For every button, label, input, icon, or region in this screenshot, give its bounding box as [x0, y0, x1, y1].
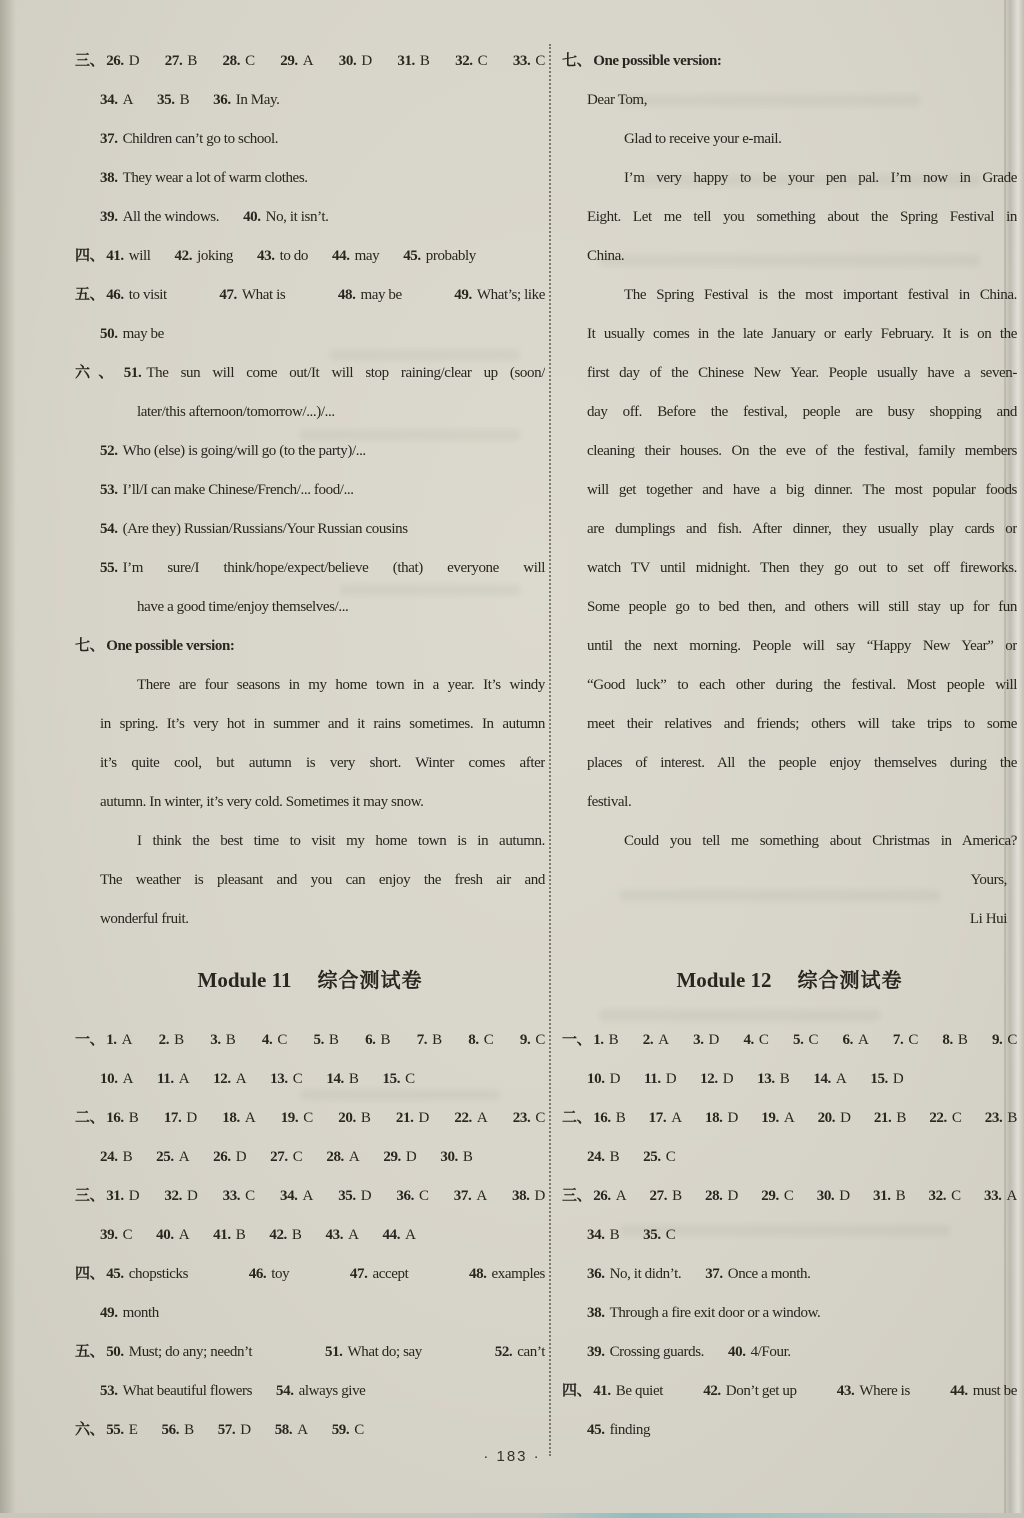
item-number: 38. [587, 1305, 605, 1321]
answer-item: 49.month [100, 1305, 159, 1321]
body-text: in spring. It’s very hot in summer and i… [100, 716, 545, 732]
item-answer: A [476, 1188, 486, 1204]
marker-item-group: 二、16.B [75, 1099, 138, 1138]
item-number: 3. [210, 1032, 220, 1048]
answer-item: 34.A [100, 92, 133, 108]
item-number: 7. [893, 1032, 903, 1048]
answer-item: 19.A [761, 1099, 794, 1138]
page-left-edge-shadow [0, 0, 16, 1518]
answer-item: 29.A [280, 42, 313, 81]
answer-line: 53.I’ll/I can make Chinese/French/... fo… [75, 471, 545, 510]
item-number: 15. [383, 1071, 401, 1087]
body-text: Could you tell me something about Christ… [624, 833, 1017, 849]
answer-line: 39.All the windows.40.No, it isn’t. [75, 198, 545, 237]
answer-item: 43.A [326, 1227, 359, 1243]
item-number: 37. [705, 1266, 723, 1282]
answer-item: 42.joking [175, 248, 234, 264]
item-number: 4. [743, 1032, 753, 1048]
item-number: 41. [213, 1227, 231, 1243]
answer-item: 55.E [106, 1422, 137, 1438]
answer-item: 24.B [587, 1149, 619, 1165]
body-text: wonderful fruit. [100, 911, 189, 927]
answer-item: 26.D [213, 1149, 246, 1165]
item-number: 38. [100, 170, 118, 186]
text-line: day off. Before the festival, people are… [562, 393, 1017, 432]
answer-item: 28.C [223, 42, 255, 81]
item-number: 59. [332, 1422, 350, 1438]
item-answer: B [896, 1110, 906, 1126]
text-line: meet their relatives and friends; others… [562, 705, 1017, 744]
item-answer: C [951, 1188, 961, 1204]
body-text: meet their relatives and friends; others… [587, 716, 1017, 732]
answer-item: 52.Who (else) is going/will go (to the p… [100, 443, 366, 459]
item-answer: Must; do any; needn’t [129, 1344, 252, 1360]
item-number: 55. [106, 1422, 124, 1438]
item-answer: D [187, 1188, 197, 1204]
answer-line: 二、16.B17.A18.D19.A20.D21.B22.C23.B [562, 1099, 1017, 1138]
answer-item: 51.What do; say [325, 1333, 422, 1372]
item-number: 31. [106, 1188, 124, 1204]
item-number: 32. [164, 1188, 182, 1204]
body-text: China. [587, 248, 624, 264]
item-number: 41. [106, 248, 124, 264]
answer-line: 四、45.chopsticks46.toy47.accept48.example… [75, 1255, 545, 1294]
answer-item: 27.C [270, 1149, 302, 1165]
body-text: first day of the Chinese New Year. Peopl… [587, 365, 1017, 381]
text-line: first day of the Chinese New Year. Peopl… [562, 354, 1017, 393]
item-number: 4. [262, 1032, 272, 1048]
item-answer: B [610, 1227, 620, 1243]
answer-line: 39.C40.A41.B42.B43.A44.A [75, 1216, 545, 1255]
item-number: 19. [761, 1110, 779, 1126]
column-divider-dotted-rule [549, 44, 551, 1456]
answer-item: 21.B [874, 1099, 906, 1138]
answer-item: 50.may be [100, 326, 164, 342]
item-number: 1. [593, 1032, 603, 1048]
section-title: One possible version: [593, 53, 721, 69]
item-answer: Through a fire exit door or a window. [610, 1305, 821, 1321]
answer-line: 一、1.B2.A3.D4.C5.C6.A7.C8.B9.C [562, 1021, 1017, 1060]
item-number: 33. [223, 1188, 241, 1204]
item-number: 58. [275, 1422, 293, 1438]
item-number: 22. [454, 1110, 472, 1126]
answer-item: 47.What is [219, 276, 285, 315]
text-line: The weather is pleasant and you can enjo… [75, 861, 545, 900]
item-answer: always give [299, 1383, 366, 1399]
answer-line: 39.Crossing guards.40.4/Four. [562, 1333, 1017, 1372]
text-line: festival. [562, 783, 1017, 822]
item-number: 12. [700, 1071, 718, 1087]
answer-item: 43.Where is [837, 1372, 910, 1411]
section-marker: 六、 [75, 365, 122, 381]
module-heading-subtitle: 综合测试卷 [317, 970, 422, 992]
item-number: 24. [100, 1149, 118, 1165]
answer-item: 13.C [270, 1071, 302, 1087]
item-answer: B [610, 1149, 620, 1165]
item-answer: must be [973, 1383, 1017, 1399]
body-text: have a good time/enjoy themselves/... [137, 599, 348, 615]
item-answer: B [129, 1110, 139, 1126]
item-number: 54. [100, 521, 118, 537]
item-answer: month [123, 1305, 159, 1321]
answer-item: 30.D [817, 1177, 850, 1216]
item-number: 34. [587, 1227, 605, 1243]
item-number: 17. [164, 1110, 182, 1126]
answer-item: 31.D [106, 1177, 139, 1216]
item-answer: Don’t get up [726, 1383, 797, 1399]
item-answer: Be quiet [616, 1383, 663, 1399]
item-answer: B [184, 1422, 194, 1438]
answer-item: 26.A [593, 1177, 626, 1216]
item-answer: C [784, 1188, 794, 1204]
answer-line: 49.month [75, 1294, 545, 1333]
item-answer: A [122, 1032, 132, 1048]
answer-item: 38.D [512, 1177, 545, 1216]
answer-item: 55.I’m sure/I think/hope/expect/believe … [100, 560, 545, 576]
item-answer: D [236, 1149, 246, 1165]
answer-item: 49.What’s; like [454, 276, 545, 315]
answer-line: 六、55.E56.B57.D58.A59.C [75, 1411, 545, 1450]
item-number: 42. [703, 1383, 721, 1399]
item-number: 12. [213, 1071, 231, 1087]
answer-item: 53.What beautiful flowers [100, 1383, 252, 1399]
item-answer: probably [426, 248, 476, 264]
item-number: 44. [332, 248, 350, 264]
section-marker: 一、 [562, 1021, 591, 1060]
section-marker: 三、 [75, 1177, 104, 1216]
item-answer: D [535, 1188, 545, 1204]
answer-item: 18.D [705, 1099, 738, 1138]
text-line: Li Hui [562, 900, 1017, 939]
item-answer: C [419, 1188, 429, 1204]
answer-item: 53.I’ll/I can make Chinese/French/... fo… [100, 482, 354, 498]
answer-item: 14.A [813, 1071, 846, 1087]
answer-item: 39.C [100, 1227, 132, 1243]
answer-line: 54.(Are they) Russian/Russians/Your Russ… [75, 510, 545, 549]
answer-item: 36.In May. [213, 92, 279, 108]
item-answer: C [908, 1032, 918, 1048]
item-answer: D [186, 1110, 196, 1126]
item-number: 39. [100, 209, 118, 225]
answer-item: 46.toy [249, 1255, 290, 1294]
answer-item: 7.C [893, 1021, 918, 1060]
item-answer: A [303, 1188, 313, 1204]
answer-item: 46.to visit [106, 276, 167, 315]
body-text: watch TV until midnight. Then they go ou… [587, 560, 1017, 576]
answer-item: 51.The sun will come out/It will stop ra… [124, 365, 545, 381]
item-number: 8. [468, 1032, 478, 1048]
answer-item: 47.accept [350, 1255, 408, 1294]
section-marker: 四、 [562, 1372, 591, 1411]
item-number: 32. [929, 1188, 947, 1204]
text-line: I think the best time to visit my home t… [75, 822, 545, 861]
text-line: wonderful fruit. [75, 900, 545, 939]
item-number: 20. [818, 1110, 836, 1126]
answer-item: 25.C [643, 1149, 675, 1165]
answer-item: 24.B [100, 1149, 132, 1165]
item-number: 11. [157, 1071, 174, 1087]
text-line: places of interest. All the people enjoy… [562, 744, 1017, 783]
item-answer: B [292, 1227, 302, 1243]
section-marker: 三、 [562, 1177, 591, 1216]
item-number: 20. [338, 1110, 356, 1126]
section-marker: 一、 [75, 1021, 104, 1060]
section-marker: 四、 [75, 248, 104, 264]
marker-item-group: 二、16.B [562, 1099, 625, 1138]
item-answer: A [858, 1032, 868, 1048]
item-answer: B [187, 53, 197, 69]
answer-item: 28.D [705, 1177, 738, 1216]
item-number: 14. [813, 1071, 831, 1087]
item-number: 53. [100, 482, 118, 498]
marker-item-group: 四、45.chopsticks [75, 1255, 188, 1294]
answer-item: 23.C [513, 1099, 545, 1138]
section-marker: 二、 [562, 1099, 591, 1138]
item-answer: E [129, 1422, 138, 1438]
answer-line: 34.A35.B36.In May. [75, 81, 545, 120]
item-answer: B [226, 1032, 236, 1048]
body-text: Dear Tom, [587, 92, 647, 108]
item-answer: I’ll/I can make Chinese/French/... food/… [123, 482, 354, 498]
answer-item: 52.can’t [495, 1333, 545, 1372]
item-number: 21. [874, 1110, 892, 1126]
item-answer: B [349, 1071, 359, 1087]
item-number: 38. [512, 1188, 530, 1204]
item-number: 3. [693, 1032, 703, 1048]
text-line: in spring. It’s very hot in summer and i… [75, 705, 545, 744]
item-number: 42. [175, 248, 193, 264]
text-line: Dear Tom, [562, 81, 1017, 120]
item-number: 18. [705, 1110, 723, 1126]
item-answer: A [671, 1110, 681, 1126]
item-answer: C [245, 53, 255, 69]
body-text: festival. [587, 794, 631, 810]
answer-item: 35.C [643, 1227, 675, 1243]
answer-line: 四、41.Be quiet42.Don’t get up43.Where is4… [562, 1372, 1017, 1411]
answer-item: 6.B [365, 1021, 390, 1060]
item-answer: They wear a lot of warm clothes. [123, 170, 308, 186]
scan-bottom-edge [0, 1513, 1024, 1518]
item-answer: D [406, 1149, 416, 1165]
answer-item: 16.B [106, 1099, 138, 1138]
answer-item: 8.B [942, 1021, 967, 1060]
answer-item: 36.No, it didn’t. [587, 1266, 681, 1282]
answer-line: 三、31.D32.D33.C34.A35.D36.C37.A38.D [75, 1177, 545, 1216]
item-number: 37. [454, 1188, 472, 1204]
item-answer: D [361, 1188, 371, 1204]
item-answer: B [958, 1032, 968, 1048]
body-text: There are four seasons in my home town i… [137, 677, 545, 693]
item-answer: D [666, 1071, 676, 1087]
answer-item: 33.A [984, 1177, 1017, 1216]
item-number: 52. [100, 443, 118, 459]
answer-item: 2.A [643, 1021, 669, 1060]
answer-line: 三、26.D27.B28.C29.A30.D31.B32.C33.C [75, 42, 545, 81]
item-number: 40. [156, 1227, 174, 1243]
answer-item: 56.B [162, 1422, 194, 1438]
item-number: 27. [270, 1149, 288, 1165]
answer-item: 44.may [332, 248, 379, 264]
item-answer: B [672, 1188, 682, 1204]
item-number: 57. [218, 1422, 236, 1438]
answer-item: 42.B [269, 1227, 301, 1243]
item-number: 33. [984, 1188, 1002, 1204]
section-marker: 七、 [562, 53, 591, 69]
answer-item: 20.B [338, 1099, 370, 1138]
item-answer: to visit [129, 287, 167, 303]
item-number: 44. [383, 1227, 401, 1243]
answer-item: 44.A [383, 1227, 416, 1243]
item-answer: C [123, 1227, 133, 1243]
body-text: “Good luck” to each other during the fes… [587, 677, 1017, 693]
answer-line: 24.B25.A26.D27.C28.A29.D30.B [75, 1138, 545, 1177]
item-answer: C [405, 1071, 415, 1087]
body-text: cleaning their houses. On the eve of the… [587, 443, 1017, 459]
answer-line: 38.Through a fire exit door or a window. [562, 1294, 1017, 1333]
answer-line: 24.B25.C [562, 1138, 1017, 1177]
section-title: One possible version: [106, 638, 234, 654]
item-answer: I’m sure/I think/hope/expect/believe (th… [123, 560, 545, 576]
item-answer: B [381, 1032, 391, 1048]
section-marker: 五、 [75, 276, 104, 315]
answer-item: 22.A [454, 1099, 487, 1138]
answer-item: 48.may be [338, 276, 402, 315]
item-number: 47. [219, 287, 237, 303]
answer-item: 17.D [164, 1099, 197, 1138]
item-number: 42. [269, 1227, 287, 1243]
answer-item: 12.D [700, 1071, 733, 1087]
body-text: places of interest. All the people enjoy… [587, 755, 1017, 771]
item-answer: D [709, 1032, 719, 1048]
answer-line: 六、51.The sun will come out/It will stop … [75, 354, 545, 393]
item-number: 45. [587, 1422, 605, 1438]
text-line: There are four seasons in my home town i… [75, 666, 545, 705]
item-number: 46. [106, 287, 124, 303]
answer-item: 45.probably [403, 248, 476, 264]
item-number: 32. [455, 53, 473, 69]
answer-item: 34.B [587, 1227, 619, 1243]
marker-item-group: 三、31.D [75, 1177, 139, 1216]
item-number: 28. [705, 1188, 723, 1204]
item-number: 53. [100, 1383, 118, 1399]
answer-item: 38.They wear a lot of warm clothes. [100, 170, 308, 186]
item-answer: B [463, 1149, 473, 1165]
item-answer: D [839, 1188, 849, 1204]
body-text: autumn. In winter, it’s very cold. Somet… [100, 794, 424, 810]
text-line: watch TV until midnight. Then they go ou… [562, 549, 1017, 588]
item-number: 51. [124, 365, 142, 381]
body-text: I think the best time to visit my home t… [137, 833, 545, 849]
answer-item: 33.C [513, 42, 545, 81]
item-number: 33. [513, 53, 531, 69]
answer-item: 1.A [106, 1021, 132, 1060]
marker-item-group: 三、26.A [562, 1177, 626, 1216]
item-number: 29. [383, 1149, 401, 1165]
item-number: 48. [338, 287, 356, 303]
item-answer: C [293, 1149, 303, 1165]
item-number: 49. [100, 1305, 118, 1321]
module-heading-subtitle: 综合测试卷 [798, 970, 903, 992]
item-number: 46. [249, 1266, 267, 1282]
marker-item-group: 五、50.Must; do any; needn’t [75, 1333, 252, 1372]
item-answer: examples [492, 1266, 545, 1282]
answer-item: 26.D [106, 42, 139, 81]
answer-item: 35.B [157, 92, 189, 108]
item-number: 28. [223, 53, 241, 69]
text-line: Some people go to bed then, and others w… [562, 588, 1017, 627]
answer-item: 23.B [985, 1099, 1017, 1138]
answer-line: 34.B35.C [562, 1216, 1017, 1255]
text-line: it’s quite cool, but autumn is very shor… [75, 744, 545, 783]
item-number: 10. [100, 1071, 118, 1087]
body-text: The weather is pleasant and you can enjo… [100, 872, 545, 888]
item-number: 26. [593, 1188, 611, 1204]
item-number: 52. [495, 1344, 513, 1360]
item-number: 35. [157, 92, 175, 108]
answer-item: 43.to do [257, 248, 308, 264]
item-answer: C [484, 1032, 494, 1048]
item-number: 25. [156, 1149, 174, 1165]
item-answer: D [129, 1188, 139, 1204]
item-answer: A [245, 1110, 255, 1126]
answer-item: 54.always give [276, 1383, 365, 1399]
item-answer: B [180, 92, 190, 108]
item-number: 16. [593, 1110, 611, 1126]
item-number: 11. [644, 1071, 661, 1087]
item-answer: A [658, 1032, 668, 1048]
answer-item: 35.D [338, 1177, 371, 1216]
answer-item: 48.examples [469, 1255, 545, 1294]
item-number: 8. [942, 1032, 952, 1048]
answer-item: 31.B [397, 42, 429, 81]
item-number: 50. [106, 1344, 124, 1360]
item-answer: A [123, 1071, 133, 1087]
text-line: I’m very happy to be your pen pal. I’m n… [562, 159, 1017, 198]
body-text: Some people go to bed then, and others w… [587, 599, 1017, 615]
left-column: 三、26.D27.B28.C29.A30.D31.B32.C33.C34.A35… [75, 42, 545, 1450]
item-answer: A [405, 1227, 415, 1243]
text-line: It usually comes in the late January or … [562, 315, 1017, 354]
answer-item: 15.D [870, 1071, 903, 1087]
answer-item: 4.C [743, 1021, 768, 1060]
item-number: 29. [761, 1188, 779, 1204]
answer-item: 32.D [164, 1177, 197, 1216]
answer-item: 37.Once a month. [705, 1266, 810, 1282]
item-answer: A [477, 1110, 487, 1126]
item-answer: may be [360, 287, 401, 303]
item-answer: B [361, 1110, 371, 1126]
text-line: “Good luck” to each other during the fes… [562, 666, 1017, 705]
body-text: Glad to receive your e-mail. [624, 131, 781, 147]
item-answer: may be [123, 326, 164, 342]
answer-item: 30.D [339, 42, 372, 81]
item-number: 36. [587, 1266, 605, 1282]
answer-line: 四、41.will42.joking43.to do44.may45.proba… [75, 237, 545, 276]
item-number: 15. [870, 1071, 888, 1087]
item-number: 47. [350, 1266, 368, 1282]
text-line: Glad to receive your e-mail. [562, 120, 1017, 159]
answer-item: 1.B [593, 1021, 618, 1060]
text-line: China. [562, 237, 1017, 276]
answer-item: 40.No, it isn’t. [243, 209, 328, 225]
item-answer: A [179, 1227, 189, 1243]
item-number: 28. [326, 1149, 344, 1165]
answer-item: 34.A [280, 1177, 313, 1216]
body-text: will get together and have a big dinner.… [587, 482, 1017, 498]
item-answer: Crossing guards. [610, 1344, 704, 1360]
answer-item: 41.B [213, 1227, 245, 1243]
module-heading-title: Module 12 [676, 968, 771, 992]
